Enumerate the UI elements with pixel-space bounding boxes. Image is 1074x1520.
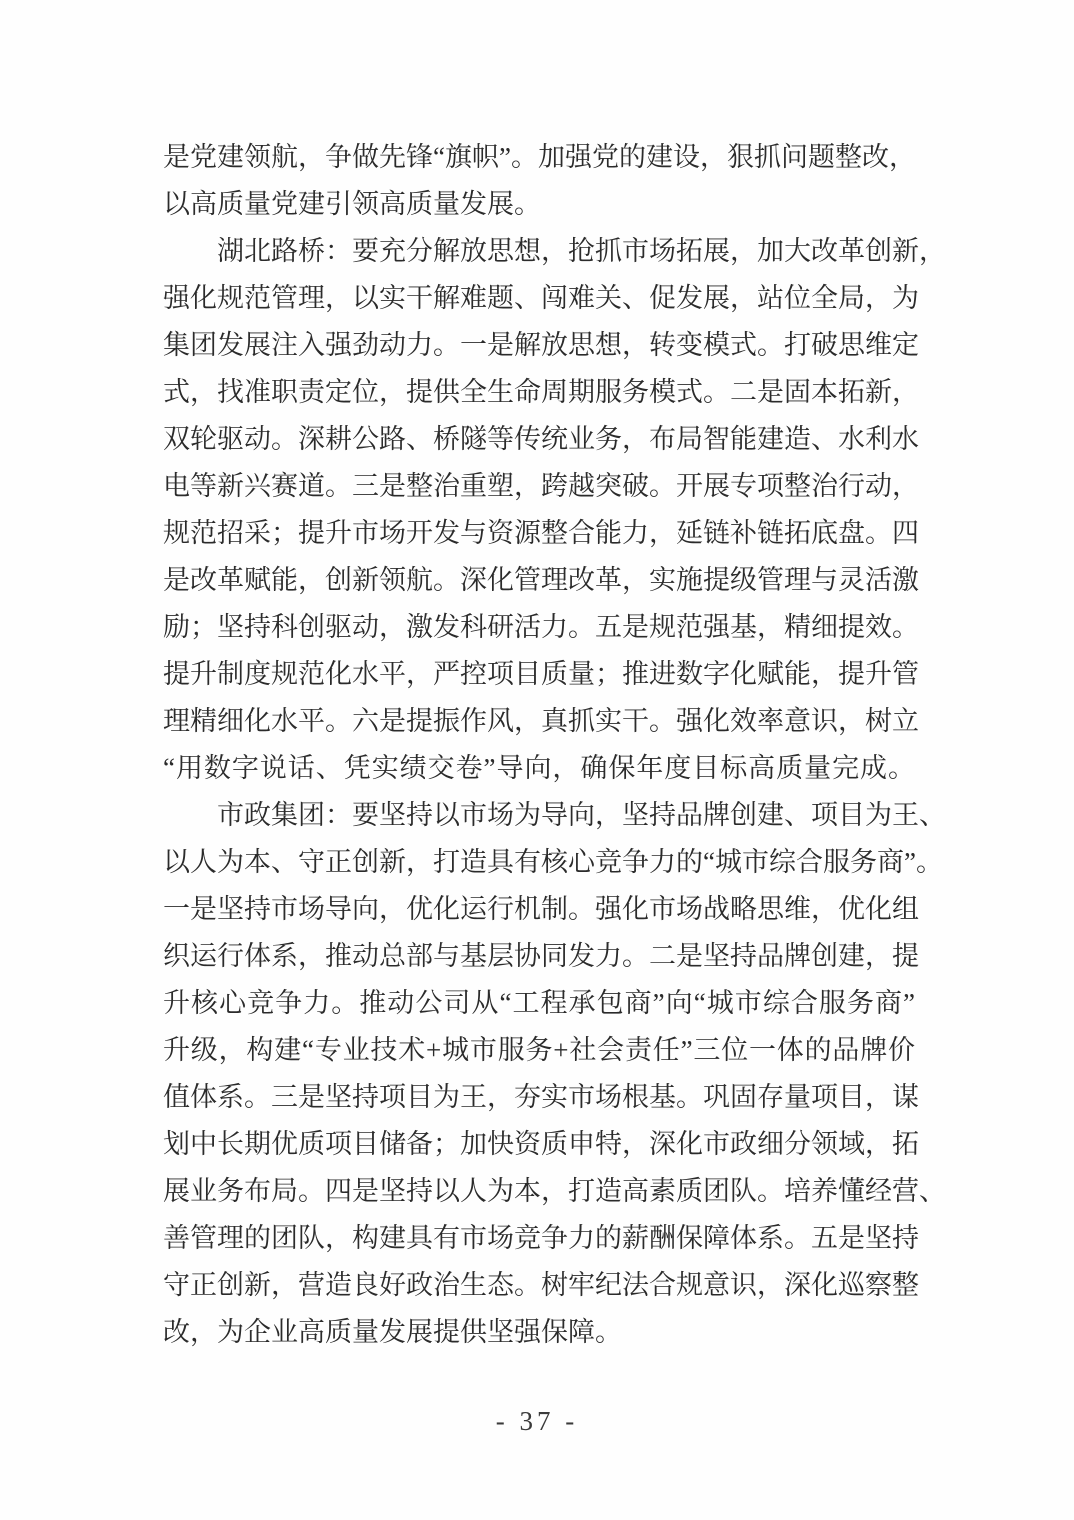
text-line: 双轮驱动。深耕公路、桥隧等传统业务，布局智能建造、水利水 [163, 416, 915, 463]
text-line: 展业务布局。四是坚持以人为本，打造高素质团队。培养懂经营、 [163, 1168, 915, 1215]
text-line: 划中长期优质项目储备；加快资质申特，深化市政细分领域，拓 [163, 1121, 915, 1168]
text-line: 市政集团：要坚持以市场为导向，坚持品牌创建、项目为王、 [163, 792, 915, 839]
text-line: 电等新兴赛道。三是整治重塑，跨越突破。开展专项整治行动， [163, 463, 915, 510]
document-body: 是党建领航，争做先锋“旗帜”。加强党的建设，狠抓问题整改，以高质量党建引领高质量… [163, 134, 915, 1356]
document-page: 是党建领航，争做先锋“旗帜”。加强党的建设，狠抓问题整改，以高质量党建引领高质量… [0, 0, 1074, 1520]
text-line: “用数字说话、凭实绩交卷”导向，确保年度目标高质量完成。 [163, 745, 915, 792]
text-line: 提升制度规范化水平，严控项目质量；推进数字化赋能，提升管 [163, 651, 915, 698]
text-line: 规范招采；提升市场开发与资源整合能力，延链补链拓底盘。四 [163, 510, 915, 557]
page-number: - 37 - [0, 1404, 1074, 1438]
text-line: 以人为本、守正创新，打造具有核心竞争力的“城市综合服务商”。 [163, 839, 915, 886]
text-line: 改，为企业高质量发展提供坚强保障。 [163, 1309, 915, 1356]
text-line: 式，找准职责定位，提供全生命周期服务模式。二是固本拓新， [163, 369, 915, 416]
text-line: 湖北路桥：要充分解放思想，抢抓市场拓展，加大改革创新， [163, 228, 915, 275]
text-line: 善管理的团队，构建具有市场竞争力的薪酬保障体系。五是坚持 [163, 1215, 915, 1262]
text-line: 是改革赋能，创新领航。深化管理改革，实施提级管理与灵活激 [163, 557, 915, 604]
text-line: 升级，构建“专业技术+城市服务+社会责任”三位一体的品牌价 [163, 1027, 915, 1074]
text-line: 以高质量党建引领高质量发展。 [163, 181, 915, 228]
text-line: 励；坚持科创驱动，激发科研活力。五是规范强基，精细提效。 [163, 604, 915, 651]
text-line: 强化规范管理，以实干解难题、闯难关、促发展，站位全局，为 [163, 275, 915, 322]
text-line: 是党建领航，争做先锋“旗帜”。加强党的建设，狠抓问题整改， [163, 134, 915, 181]
text-line: 值体系。三是坚持项目为王，夯实市场根基。巩固存量项目，谋 [163, 1074, 915, 1121]
text-line: 一是坚持市场导向，优化运行机制。强化市场战略思维，优化组 [163, 886, 915, 933]
text-line: 守正创新，营造良好政治生态。树牢纪法合规意识，深化巡察整 [163, 1262, 915, 1309]
text-line: 集团发展注入强劲动力。一是解放思想，转变模式。打破思维定 [163, 322, 915, 369]
text-line: 升核心竞争力。推动公司从“工程承包商”向“城市综合服务商” [163, 980, 915, 1027]
text-line: 织运行体系，推动总部与基层协同发力。二是坚持品牌创建，提 [163, 933, 915, 980]
text-line: 理精细化水平。六是提振作风，真抓实干。强化效率意识，树立 [163, 698, 915, 745]
